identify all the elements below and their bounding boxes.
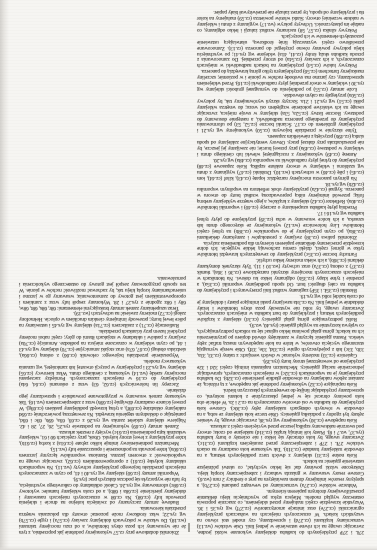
paragraph: Radiostację (cz.71) z zasilaczem (cz.71a… (19, 310, 186, 328)
paragraph: Antenę (cz.49) wykonujemy z rozciągnięte… (197, 132, 364, 156)
paragraph: Zaczepy lin holowniczych (cz.62, 63) wra… (19, 357, 186, 387)
paragraph: Przednią płytę kadłuba uzupełniamy o zac… (197, 180, 364, 210)
paragraph: Koła napędowe (cz.30) wykonujemy wg rys.… (197, 386, 364, 421)
paragraph: Fartuchy boczne (cz.35c) przyklejamy do … (197, 239, 364, 257)
paragraph: 27Ł i 27P przyklejonych do kadłuba dokle… (197, 487, 364, 534)
paragraph: Łoże armaty (cz.55) po podklejeniu do wy… (197, 67, 364, 91)
paragraph: Zamek armaty (cz.69) wykonujemy na podst… (19, 386, 186, 427)
paragraph: Błotniki (cz.35Ł i 35P) zaginamy wzdłuż … (197, 256, 364, 291)
paragraph: Pokrywy silnika (cz.57, 58) nacinamy wzd… (197, 8, 364, 32)
document-sheet: 27Ł i 27P przyklejonych do kadłuba dokle… (0, 0, 377, 550)
paragraph: Wsporniki armaty (cz.60) sklejamy wg rys… (19, 445, 186, 475)
paragraph: Koła nośne (cz.31) sklejamy z dwóch tarc… (197, 422, 364, 457)
scanned-document-page: 27Ł i 27P przyklejonych do kadłuba dokle… (0, 0, 377, 550)
paragraph: Mechanizm podniesieniowy imituje kółko z… (19, 428, 186, 446)
paragraph: Zbiorniki dodatkowe przy cz.57 wykonujem… (19, 504, 186, 534)
paragraph: Teraz uzupełniamy zamek armaty brakujący… (19, 274, 186, 309)
paragraph: Gąsienice (cz.33) możemy wykonać w dwóch… (197, 321, 364, 356)
paragraph: Zbiorniki paliwa (cz.38) zwijamy z prost… (197, 209, 364, 239)
paragraph: Rolki podtrzymujące górną gałąź gąsienic… (197, 292, 364, 322)
paragraph: Pokrywy luków (cz.54) przyklejamy na bok… (197, 32, 364, 67)
paragraph: Na górnym pancerzu mocujemy narzędzia: ł… (197, 156, 364, 180)
paragraph: Tylne skrzynie w przedziale bojowym (cz.… (197, 91, 364, 132)
paragraph: Wyposażenie przedziału bojowego: celowni… (19, 327, 186, 357)
paragraph: Koła napinające (cz.32) wykonujemy podob… (197, 357, 364, 387)
paragraph: Wahacze wózków (cz.27a) wzmacniamy od we… (197, 457, 364, 487)
page-text: 27Ł i 27P przyklejonych do kadłuba dokle… (19, 2, 364, 534)
paragraph: Budowę armaty zaczynamy od zwinięcia kol… (19, 475, 186, 505)
